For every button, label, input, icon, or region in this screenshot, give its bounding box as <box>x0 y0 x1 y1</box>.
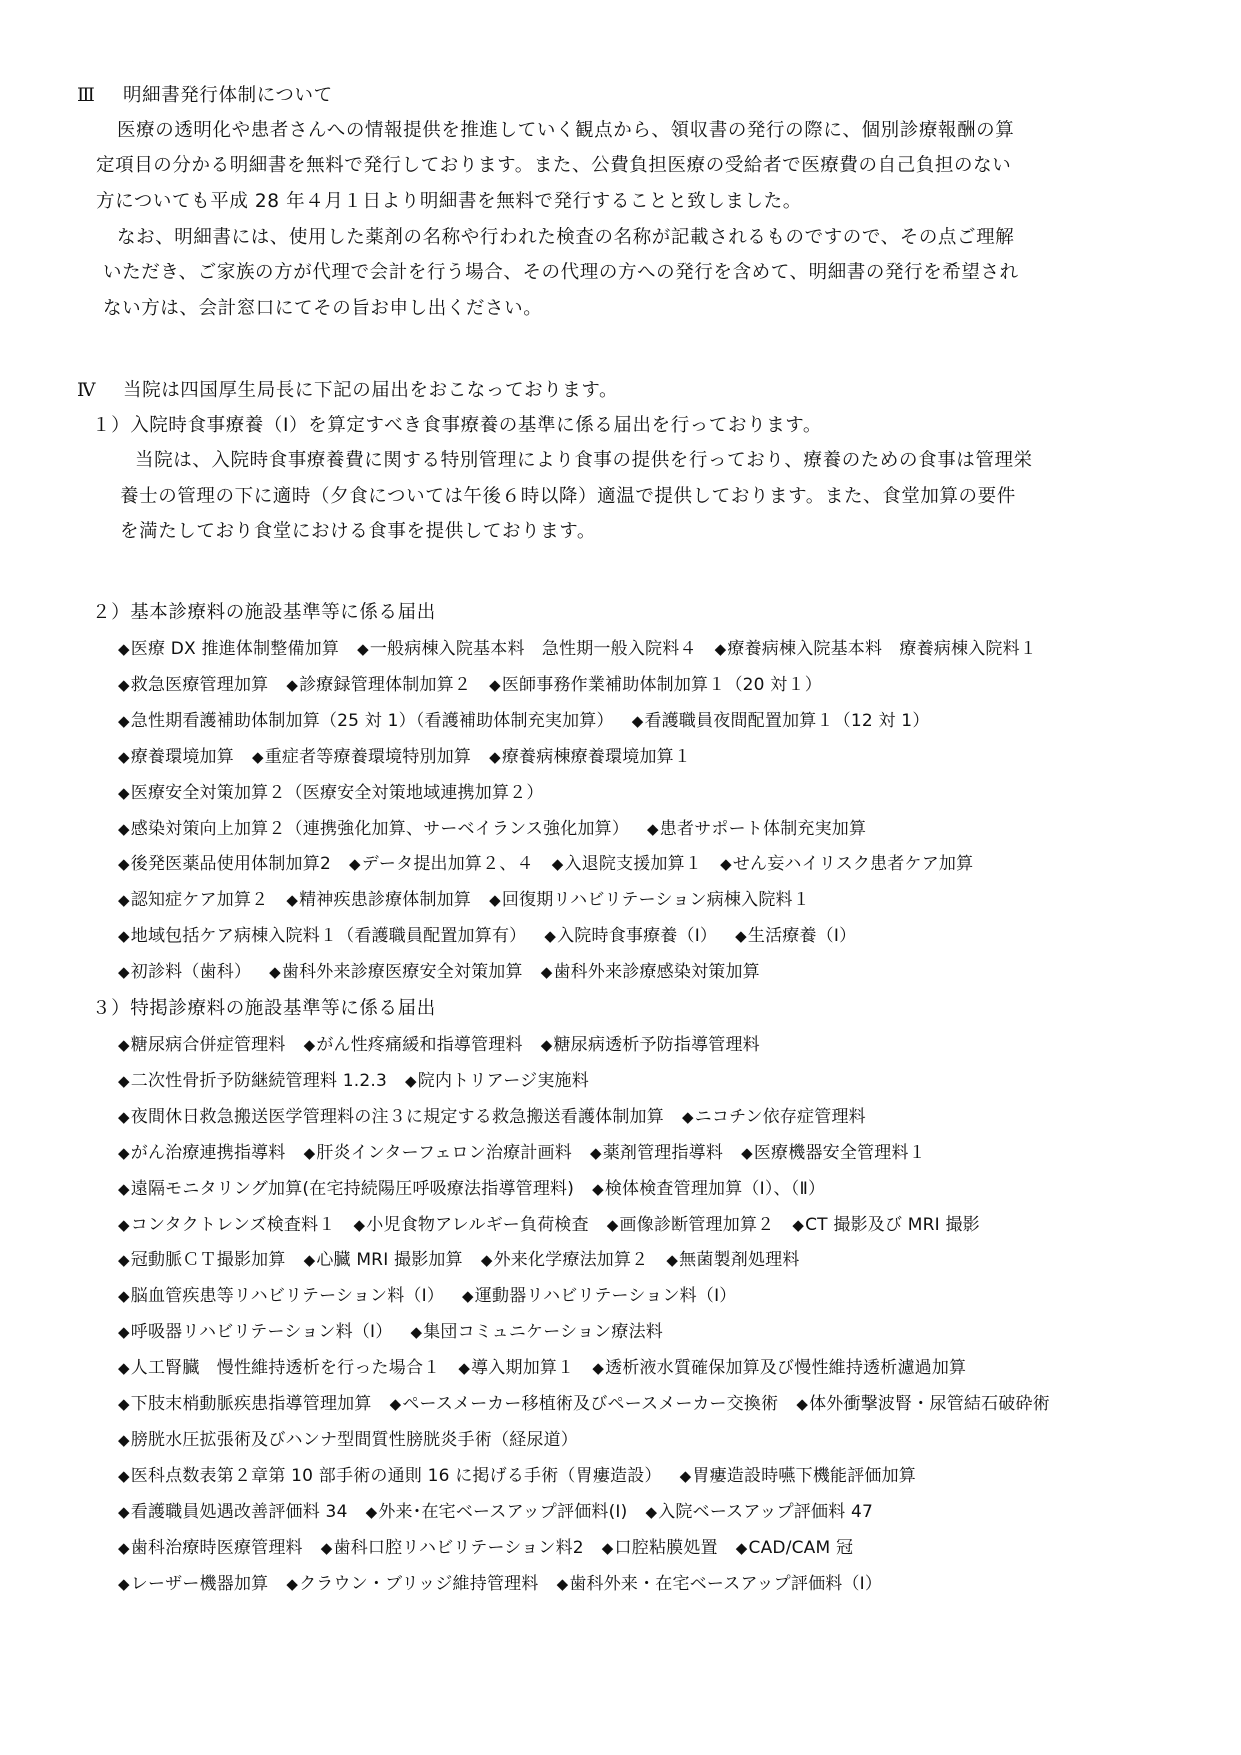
diamond-bullet-icon: ◆ <box>118 640 130 658</box>
diamond-bullet-icon: ◆ <box>118 676 130 694</box>
diamond-bullet-icon: ◆ <box>321 1539 333 1557</box>
facility-standard-label: 医療機器安全管理料１ <box>754 1143 926 1163</box>
diamond-bullet-icon: ◆ <box>666 1251 678 1269</box>
facility-standard-label: 急性期看護補助体制加算（25 対 1）（看護補助体制充実加算） <box>131 711 614 731</box>
diamond-bullet-icon: ◆ <box>557 1575 569 1593</box>
facility-standard-row: ◆遠隔モニタリング加算(在宅持続陽圧呼吸療法指導管理料)◆検体検査管理加算（Ⅰ）… <box>118 1177 843 1201</box>
section-3-paragraph-line: ない方は、会計窓口にてその旨お申し出ください。 <box>103 297 542 321</box>
facility-standard-label: ペースメーカー移植術及びペースメーカー交換術 <box>402 1394 778 1414</box>
diamond-bullet-icon: ◆ <box>118 1395 130 1413</box>
facility-standard-label: 一般病棟入院基本料 急性期一般入院料４ <box>370 639 697 659</box>
facility-standard-entry: ◆急性期看護補助体制加算（25 対 1）（看護補助体制充実加算） <box>118 711 614 731</box>
facility-standard-label: データ提出加算２、４ <box>362 854 534 874</box>
diamond-bullet-icon: ◆ <box>632 712 644 730</box>
facility-standard-label: コンタクトレンズ検査料１ <box>131 1215 336 1235</box>
diamond-bullet-icon: ◆ <box>286 891 298 909</box>
facility-standard-entry: ◆がん治療連携指導料 <box>118 1143 286 1163</box>
facility-standard-row: ◆二次性骨折予防継続管理料 1.2.3◆院内トリアージ実施料 <box>118 1069 607 1093</box>
facility-standard-label: せん妄ハイリスク患者ケア加算 <box>733 854 973 874</box>
facility-standard-label: 患者サポート体制充実加算 <box>660 819 866 839</box>
facility-standard-entry: ◆肝炎インターフェロン治療計画料 <box>304 1143 572 1163</box>
diamond-bullet-icon: ◆ <box>118 820 130 838</box>
facility-standard-entry: ◆検体検査管理加算（Ⅰ）、（Ⅱ） <box>592 1179 825 1199</box>
facility-standard-label: 夜間休日救急搬送医学管理料の注３に規定する救急搬送看護体制加算 <box>131 1107 664 1127</box>
facility-standard-row: ◆後発医薬品使用体制加算2◆データ提出加算２、４◆入退院支援加算１◆せん妄ハイリ… <box>118 852 991 876</box>
facility-standard-row: ◆人工腎臓 慢性維持透析を行った場合１◆導入期加算１◆透析液水質確保加算及び慢性… <box>118 1356 984 1380</box>
facility-standard-row: ◆医療 DX 推進体制整備加算◆一般病棟入院基本料 急性期一般入院料４◆療養病棟… <box>118 637 1055 661</box>
facility-standard-label: 療養環境加算 <box>131 747 234 767</box>
facility-standard-entry: ◆歯科外来診療感染対策加算 <box>541 962 760 982</box>
diamond-bullet-icon: ◆ <box>349 855 361 873</box>
facility-standard-entry: ◆クラウン・ブリッジ維持管理料 <box>286 1574 538 1594</box>
facility-standard-entry: ◆二次性骨折予防継続管理料 1.2.3 <box>118 1071 387 1091</box>
diamond-bullet-icon: ◆ <box>118 1287 130 1305</box>
diamond-bullet-icon: ◆ <box>792 1216 804 1234</box>
facility-standard-label: 肝炎インターフェロン治療計画料 <box>316 1143 572 1163</box>
facility-standard-label: 画像診断管理加算２ <box>620 1215 775 1235</box>
facility-standard-entry: ◆医科点数表第２章第 10 部手術の通則 16 に掲げる手術（胃瘻造設） <box>118 1466 662 1486</box>
facility-standard-entry: ◆患者サポート体制充実加算 <box>647 819 866 839</box>
facility-standard-entry: ◆医療機器安全管理料１ <box>741 1143 926 1163</box>
facility-standard-label: がん性疼痛緩和指導管理料 <box>316 1035 522 1055</box>
diamond-bullet-icon: ◆ <box>118 784 130 802</box>
diamond-bullet-icon: ◆ <box>118 927 130 945</box>
facility-standard-entry: ◆コンタクトレンズ検査料１ <box>118 1215 336 1235</box>
facility-standard-label: 精神疾患診療体制加算 <box>299 890 471 910</box>
facility-standard-entry: ◆人工腎臓 慢性維持透析を行った場合１ <box>118 1358 440 1378</box>
facility-standard-label: 療養病棟療養環境加算１ <box>502 747 691 767</box>
facility-standard-label: 外来･在宅ベースアップ評価料(Ⅰ) <box>378 1502 627 1522</box>
facility-standard-entry: ◆入院ベースアップ評価料 47 <box>645 1502 873 1522</box>
diamond-bullet-icon: ◆ <box>410 1323 422 1341</box>
facility-standard-label: 入退院支援加算１ <box>564 854 702 874</box>
diamond-bullet-icon: ◆ <box>118 1144 130 1162</box>
facility-standard-label: 冠動脈ＣＴ撮影加算 <box>131 1250 286 1270</box>
facility-standard-row: ◆膀胱水圧拡張術及びハンナ型間質性膀胱炎手術（経尿道） <box>118 1428 596 1452</box>
facility-standard-label: 看護職員処遇改善評価料 34 <box>131 1502 348 1522</box>
facility-standard-entry: ◆地域包括ケア病棟入院料１（看護職員配置加算有） <box>118 926 526 946</box>
section-4-title: 当院は四国厚生局長に下記の届出をおこなっております。 <box>123 380 618 401</box>
facility-standard-label: 初診料（歯科） <box>131 962 251 982</box>
facility-standard-entry: ◆入院時食事療養（Ⅰ） <box>544 926 717 946</box>
facility-standard-entry: ◆救急医療管理加算 <box>118 675 268 695</box>
facility-standard-label: 歯科口腔リハビリテーション料2 <box>334 1538 584 1558</box>
facility-standard-label: 胃瘻造設時嚥下機能評価加算 <box>692 1466 916 1486</box>
facility-standard-label: 呼吸器リハビリテーション料（Ⅰ） <box>131 1322 393 1342</box>
diamond-bullet-icon: ◆ <box>481 1251 493 1269</box>
facility-standard-entry: ◆療養環境加算 <box>118 747 234 767</box>
facility-standard-label: 検体検査管理加算（Ⅰ）、（Ⅱ） <box>605 1179 825 1199</box>
diamond-bullet-icon: ◆ <box>118 1431 130 1449</box>
facility-standard-entry: ◆院内トリアージ実施料 <box>405 1071 589 1091</box>
diamond-bullet-icon: ◆ <box>118 1503 130 1521</box>
facility-standard-entry: ◆生活療養（Ⅰ） <box>735 926 856 946</box>
diamond-bullet-icon: ◆ <box>489 891 501 909</box>
facility-standard-label: 入院ベースアップ評価料 47 <box>658 1502 873 1522</box>
section-4-heading: Ⅳ当院は四国厚生局長に下記の届出をおこなっております。 <box>77 379 618 403</box>
facility-standard-label: 遠隔モニタリング加算(在宅持続陽圧呼吸療法指導管理料) <box>131 1179 574 1199</box>
diamond-bullet-icon: ◆ <box>118 891 130 909</box>
facility-standard-row: ◆初診料（歯科）◆歯科外来診療医療安全対策加算◆歯科外来診療感染対策加算 <box>118 960 778 984</box>
facility-standard-label: 集団コミュニケーション療法料 <box>423 1322 663 1342</box>
diamond-bullet-icon: ◆ <box>304 1036 316 1054</box>
diamond-bullet-icon: ◆ <box>736 1539 748 1557</box>
facility-standard-label: 医科点数表第２章第 10 部手術の通則 16 に掲げる手術（胃瘻造設） <box>131 1466 662 1486</box>
diamond-bullet-icon: ◆ <box>680 1467 692 1485</box>
diamond-bullet-icon: ◆ <box>796 1395 808 1413</box>
facility-standard-label: 心臓 MRI 撮影加算 <box>316 1250 463 1270</box>
facility-standard-label: 口腔粘膜処置 <box>615 1538 718 1558</box>
diamond-bullet-icon: ◆ <box>118 1467 130 1485</box>
diamond-bullet-icon: ◆ <box>118 1180 130 1198</box>
facility-standard-label: 生活療養（Ⅰ） <box>748 926 856 946</box>
facility-standard-entry: ◆夜間休日救急搬送医学管理料の注３に規定する救急搬送看護体制加算 <box>118 1107 664 1127</box>
diamond-bullet-icon: ◆ <box>118 1036 130 1054</box>
facility-standard-row: ◆地域包括ケア病棟入院料１（看護職員配置加算有）◆入院時食事療養（Ⅰ）◆生活療養… <box>118 924 874 948</box>
facility-standard-entry: ◆透析液水質確保加算及び慢性維持透析濾過加算 <box>592 1358 966 1378</box>
facility-standard-entry: ◆データ提出加算２、４ <box>349 854 534 874</box>
facility-standard-label: 地域包括ケア病棟入院料１（看護職員配置加算有） <box>131 926 527 946</box>
diamond-bullet-icon: ◆ <box>357 640 369 658</box>
facility-standard-label: 医師事務作業補助体制加算１（20 対１） <box>502 675 822 695</box>
facility-standard-entry: ◆一般病棟入院基本料 急性期一般入院料４ <box>357 639 697 659</box>
facility-standard-label: 院内トリアージ実施料 <box>418 1071 589 1091</box>
facility-standard-entry: ◆歯科外来・在宅ベースアップ評価料（Ⅰ） <box>557 1574 883 1594</box>
diamond-bullet-icon: ◆ <box>118 1359 130 1377</box>
facility-standard-row: ◆糖尿病合併症管理料◆がん性疼痛緩和指導管理料◆糖尿病透析予防指導管理料 <box>118 1033 778 1057</box>
facility-standard-entry: ◆集団コミュニケーション療法料 <box>410 1322 663 1342</box>
facility-standard-entry: ◆小児食物アレルギー負荷検査 <box>354 1215 589 1235</box>
subsection-2-title: ２）基本診療料の施設基準等に係る届出 <box>92 601 436 625</box>
facility-standard-entry: ◆口腔粘膜処置 <box>602 1538 718 1558</box>
facility-standard-label: 糖尿病合併症管理料 <box>131 1035 286 1055</box>
facility-standard-row: ◆コンタクトレンズ検査料１◆小児食物アレルギー負荷検査◆画像診断管理加算２◆CT… <box>118 1213 998 1237</box>
facility-standard-label: 糖尿病透析予防指導管理料 <box>553 1035 759 1055</box>
subsection-1-paragraph-line: を満たしており食堂における食事を提供しております。 <box>120 520 596 544</box>
diamond-bullet-icon: ◆ <box>544 927 556 945</box>
facility-standard-label: 歯科外来診療医療安全対策加算 <box>282 962 523 982</box>
facility-standard-entry: ◆無菌製剤処理料 <box>666 1250 799 1270</box>
facility-standard-row: ◆歯科治療時医療管理料◆歯科口腔リハビリテーション料2◆口腔粘膜処置◆CAD/C… <box>118 1536 871 1560</box>
diamond-bullet-icon: ◆ <box>269 963 281 981</box>
section-4-numeral: Ⅳ <box>77 379 123 403</box>
diamond-bullet-icon: ◆ <box>118 1216 130 1234</box>
diamond-bullet-icon: ◆ <box>118 1323 130 1341</box>
section-3-paragraph-line: 方についても平成 28 年４月１日より明細書を無料で発行することと致しました。 <box>96 190 802 214</box>
diamond-bullet-icon: ◆ <box>715 640 727 658</box>
facility-standard-entry: ◆回復期リハビリテーション病棟入院料１ <box>489 890 810 910</box>
facility-standard-entry: ◆せん妄ハイリスク患者ケア加算 <box>720 854 973 874</box>
facility-standard-entry: ◆遠隔モニタリング加算(在宅持続陽圧呼吸療法指導管理料) <box>118 1179 574 1199</box>
facility-standard-label: 回復期リハビリテーション病棟入院料１ <box>502 890 810 910</box>
facility-standard-label: 看護職員夜間配置加算１（12 対 1） <box>644 711 929 731</box>
facility-standard-entry: ◆下肢末梢動脈疾患指導管理加算 <box>118 1394 372 1414</box>
diamond-bullet-icon: ◆ <box>118 1539 130 1557</box>
section-3-paragraph-line: 定項目の分かる明細書を無料で発行しております。また、公費負担医療の受給者で医療費… <box>96 154 1011 178</box>
facility-standard-row: ◆認知症ケア加算２◆精神疾患診療体制加算◆回復期リハビリテーション病棟入院料１ <box>118 888 828 912</box>
facility-standard-row: ◆冠動脈ＣＴ撮影加算◆心臓 MRI 撮影加算◆外来化学療法加算２◆無菌製剤処理料 <box>118 1248 818 1272</box>
diamond-bullet-icon: ◆ <box>590 1144 602 1162</box>
facility-standard-row: ◆療養環境加算◆重症者等療養環境特別加算◆療養病棟療養環境加算１ <box>118 745 709 769</box>
facility-standard-row: ◆脳血管疾患等リハビリテーション料（Ⅰ）◆運動器リハビリテーション料（Ⅰ） <box>118 1284 754 1308</box>
diamond-bullet-icon: ◆ <box>366 1503 378 1521</box>
facility-standard-entry: ◆入退院支援加算１ <box>552 854 702 874</box>
facility-standard-entry: ◆糖尿病合併症管理料 <box>118 1035 286 1055</box>
facility-standard-entry: ◆外来化学療法加算２ <box>481 1250 649 1270</box>
facility-standard-label: 導入期加算１ <box>471 1358 574 1378</box>
diamond-bullet-icon: ◆ <box>607 1216 619 1234</box>
facility-standard-entry: ◆レーザー機器加算 <box>118 1574 268 1594</box>
facility-standard-entry: ◆胃瘻造設時嚥下機能評価加算 <box>680 1466 916 1486</box>
facility-standard-row: ◆レーザー機器加算◆クラウン・ブリッジ維持管理料◆歯科外来・在宅ベースアップ評価… <box>118 1572 900 1596</box>
facility-standard-entry: ◆心臓 MRI 撮影加算 <box>304 1250 463 1270</box>
facility-standard-entry: ◆精神疾患診療体制加算 <box>286 890 471 910</box>
facility-standard-label: 重症者等療養環境特別加算 <box>265 747 471 767</box>
facility-standard-label: ニコチン依存症管理料 <box>695 1107 866 1127</box>
diamond-bullet-icon: ◆ <box>741 1144 753 1162</box>
facility-standard-entry: ◆冠動脈ＣＴ撮影加算 <box>118 1250 286 1270</box>
diamond-bullet-icon: ◆ <box>489 748 501 766</box>
facility-standard-entry: ◆呼吸器リハビリテーション料（Ⅰ） <box>118 1322 392 1342</box>
facility-standard-entry: ◆薬剤管理指導料 <box>590 1143 723 1163</box>
facility-standard-label: 救急医療管理加算 <box>131 675 269 695</box>
diamond-bullet-icon: ◆ <box>541 963 553 981</box>
subsection-1-title: １）入院時食事療養（Ⅰ）を算定すべき食事療養の基準に係る届出を行っております。 <box>92 414 822 438</box>
diamond-bullet-icon: ◆ <box>304 1144 316 1162</box>
facility-standard-row: ◆感染対策向上加算２（連携強化加算、サーベイランス強化加算）◆患者サポート体制充… <box>118 817 884 841</box>
facility-standard-label: 無菌製剤処理料 <box>679 1250 799 1270</box>
diamond-bullet-icon: ◆ <box>354 1216 366 1234</box>
facility-standard-entry: ◆膀胱水圧拡張術及びハンナ型間質性膀胱炎手術（経尿道） <box>118 1430 578 1450</box>
facility-standard-row: ◆下肢末梢動脈疾患指導管理加算◆ペースメーカー移植術及びペースメーカー交換術◆体… <box>118 1392 1068 1416</box>
diamond-bullet-icon: ◆ <box>118 712 130 730</box>
diamond-bullet-icon: ◆ <box>390 1395 402 1413</box>
facility-standard-entry: ◆糖尿病透析予防指導管理料 <box>541 1035 760 1055</box>
diamond-bullet-icon: ◆ <box>405 1072 417 1090</box>
diamond-bullet-icon: ◆ <box>118 1108 130 1126</box>
facility-standard-entry: ◆看護職員夜間配置加算１（12 対 1） <box>632 711 930 731</box>
subsection-1-paragraph-line: 養士の管理の下に適時（夕食については午後６時以降）適温で提供しております。また、… <box>120 485 1016 509</box>
facility-standard-label: 体外衝撃波腎・尿管結石破砕術 <box>809 1394 1050 1414</box>
facility-standard-entry: ◆医療 DX 推進体制整備加算 <box>118 639 339 659</box>
facility-standard-row: ◆がん治療連携指導料◆肝炎インターフェロン治療計画料◆薬剤管理指導料◆医療機器安… <box>118 1141 944 1165</box>
diamond-bullet-icon: ◆ <box>286 676 298 694</box>
section-3-numeral: Ⅲ <box>77 84 123 108</box>
facility-standard-entry: ◆ペースメーカー移植術及びペースメーカー交換術 <box>390 1394 779 1414</box>
diamond-bullet-icon: ◆ <box>647 820 659 838</box>
section-3-paragraph-line: 医療の透明化や患者さんへの情報提供を推進していく観点から、領収書の発行の際に、個… <box>117 119 1014 143</box>
facility-standard-label: 療養病棟入院基本料 療養病棟入院料１ <box>727 639 1037 659</box>
diamond-bullet-icon: ◆ <box>541 1036 553 1054</box>
facility-standard-label: がん治療連携指導料 <box>131 1143 286 1163</box>
facility-standard-label: 薬剤管理指導料 <box>603 1143 723 1163</box>
facility-standard-entry: ◆歯科外来診療医療安全対策加算 <box>269 962 523 982</box>
facility-standard-label: 外来化学療法加算２ <box>494 1250 649 1270</box>
facility-standard-entry: ◆重症者等療養環境特別加算 <box>252 747 471 767</box>
diamond-bullet-icon: ◆ <box>118 748 130 766</box>
facility-standard-label: 認知症ケア加算２ <box>131 890 269 910</box>
facility-standard-label: 運動器リハビリテーション料（Ⅰ） <box>475 1286 737 1306</box>
facility-standard-row: ◆医科点数表第２章第 10 部手術の通則 16 に掲げる手術（胃瘻造設）◆胃瘻造… <box>118 1464 934 1488</box>
diamond-bullet-icon: ◆ <box>552 855 564 873</box>
facility-standard-label: 人工腎臓 慢性維持透析を行った場合１ <box>131 1358 441 1378</box>
facility-standard-row: ◆医療安全対策加算２（医療安全対策地域連携加算２） <box>118 781 562 805</box>
facility-standard-entry: ◆脳血管疾患等リハビリテーション料（Ⅰ） <box>118 1286 444 1306</box>
section-3-paragraph-line: なお、明細書には、使用した薬剤の名称や行われた検査の名称が記載されるものですので… <box>117 226 1014 250</box>
facility-standard-entry: ◆画像診断管理加算２ <box>607 1215 775 1235</box>
facility-standard-label: 下肢末梢動脈疾患指導管理加算 <box>131 1394 372 1414</box>
subsection-3-title: ３）特掲診療料の施設基準等に係る届出 <box>92 997 436 1021</box>
diamond-bullet-icon: ◆ <box>645 1503 657 1521</box>
facility-standard-entry: ◆歯科口腔リハビリテーション料2 <box>321 1538 584 1558</box>
diamond-bullet-icon: ◆ <box>602 1539 614 1557</box>
subsection-1-paragraph-line: 当院は、入院時食事療養費に関する特別管理により食事の提供を行っており、療養のため… <box>135 449 1033 473</box>
diamond-bullet-icon: ◆ <box>682 1108 694 1126</box>
facility-standard-entry: ◆診療録管理体制加算２ <box>286 675 471 695</box>
facility-standard-entry: ◆運動器リハビリテーション料（Ⅰ） <box>462 1286 736 1306</box>
facility-standard-label: 脳血管疾患等リハビリテーション料（Ⅰ） <box>131 1286 444 1306</box>
facility-standard-label: 歯科外来診療感染対策加算 <box>553 962 759 982</box>
facility-standard-row: ◆夜間休日救急搬送医学管理料の注３に規定する救急搬送看護体制加算◆ニコチン依存症… <box>118 1105 884 1129</box>
facility-standard-entry: ◆導入期加算１ <box>458 1358 574 1378</box>
facility-standard-row: ◆看護職員処遇改善評価料 34◆外来･在宅ベースアップ評価料(Ⅰ)◆入院ベースア… <box>118 1500 891 1524</box>
diamond-bullet-icon: ◆ <box>118 1575 130 1593</box>
facility-standard-label: 二次性骨折予防継続管理料 1.2.3 <box>131 1071 387 1091</box>
facility-standard-label: CT 撮影及び MRI 撮影 <box>805 1215 980 1235</box>
diamond-bullet-icon: ◆ <box>118 1072 130 1090</box>
facility-standard-entry: ◆医療安全対策加算２（医療安全対策地域連携加算２） <box>118 783 544 803</box>
facility-standard-entry: ◆体外衝撃波腎・尿管結石破砕術 <box>796 1394 1050 1414</box>
facility-standard-entry: ◆ニコチン依存症管理料 <box>682 1107 866 1127</box>
section-3-paragraph-line: いただき、ご家族の方が代理で会計を行う場合、その代理の方への発行を含めて、明細書… <box>103 261 1019 285</box>
facility-standard-entry: ◆がん性疼痛緩和指導管理料 <box>304 1035 523 1055</box>
facility-standard-label: 歯科外来・在宅ベースアップ評価料（Ⅰ） <box>569 1574 882 1594</box>
facility-standard-entry: ◆認知症ケア加算２ <box>118 890 268 910</box>
diamond-bullet-icon: ◆ <box>462 1287 474 1305</box>
diamond-bullet-icon: ◆ <box>489 676 501 694</box>
facility-standard-label: クラウン・ブリッジ維持管理料 <box>299 1574 538 1594</box>
facility-standard-label: 歯科治療時医療管理料 <box>131 1538 303 1558</box>
facility-standard-entry: ◆CAD/CAM 冠 <box>736 1538 853 1558</box>
facility-standard-entry: ◆後発医薬品使用体制加算2 <box>118 854 331 874</box>
facility-standard-entry: ◆初診料（歯科） <box>118 962 251 982</box>
facility-standard-entry: ◆CT 撮影及び MRI 撮影 <box>792 1215 980 1235</box>
facility-standard-entry: ◆医師事務作業補助体制加算１（20 対１） <box>489 675 822 695</box>
diamond-bullet-icon: ◆ <box>720 855 732 873</box>
facility-standard-label: 感染対策向上加算２（連携強化加算、サーベイランス強化加算） <box>131 819 629 839</box>
facility-standard-label: 膀胱水圧拡張術及びハンナ型間質性膀胱炎手術（経尿道） <box>131 1430 578 1450</box>
facility-standard-entry: ◆外来･在宅ベースアップ評価料(Ⅰ) <box>366 1502 628 1522</box>
facility-standard-label: 医療 DX 推進体制整備加算 <box>131 639 339 659</box>
facility-standard-row: ◆急性期看護補助体制加算（25 対 1）（看護補助体制充実加算）◆看護職員夜間配… <box>118 709 948 733</box>
diamond-bullet-icon: ◆ <box>304 1251 316 1269</box>
facility-standard-label: 小児食物アレルギー負荷検査 <box>366 1215 589 1235</box>
diamond-bullet-icon: ◆ <box>286 1575 298 1593</box>
facility-standard-label: 後発医薬品使用体制加算2 <box>131 854 331 874</box>
diamond-bullet-icon: ◆ <box>118 1251 130 1269</box>
facility-standard-row: ◆呼吸器リハビリテーション料（Ⅰ）◆集団コミュニケーション療法料 <box>118 1320 681 1344</box>
section-3-heading: Ⅲ明細書発行体制について <box>77 84 333 108</box>
facility-standard-label: 透析液水質確保加算及び慢性維持透析濾過加算 <box>605 1358 966 1378</box>
diamond-bullet-icon: ◆ <box>118 963 130 981</box>
facility-standard-entry: ◆歯科治療時医療管理料 <box>118 1538 303 1558</box>
facility-standard-label: 入院時食事療養（Ⅰ） <box>557 926 717 946</box>
diamond-bullet-icon: ◆ <box>458 1359 470 1377</box>
section-3-title: 明細書発行体制について <box>123 85 333 106</box>
facility-standard-row: ◆救急医療管理加算◆診療録管理体制加算２◆医師事務作業補助体制加算１（20 対１… <box>118 673 840 697</box>
facility-standard-label: 医療安全対策加算２（医療安全対策地域連携加算２） <box>131 783 544 803</box>
diamond-bullet-icon: ◆ <box>592 1180 604 1198</box>
facility-standard-entry: ◆感染対策向上加算２（連携強化加算、サーベイランス強化加算） <box>118 819 629 839</box>
diamond-bullet-icon: ◆ <box>118 855 130 873</box>
facility-standard-label: 診療録管理体制加算２ <box>299 675 471 695</box>
facility-standard-label: CAD/CAM 冠 <box>749 1538 854 1558</box>
diamond-bullet-icon: ◆ <box>735 927 747 945</box>
diamond-bullet-icon: ◆ <box>592 1359 604 1377</box>
facility-standard-entry: ◆療養病棟入院基本料 療養病棟入院料１ <box>715 639 1037 659</box>
facility-standard-entry: ◆療養病棟療養環境加算１ <box>489 747 691 767</box>
facility-standard-label: レーザー機器加算 <box>131 1574 269 1594</box>
diamond-bullet-icon: ◆ <box>252 748 264 766</box>
facility-standard-entry: ◆看護職員処遇改善評価料 34 <box>118 1502 348 1522</box>
